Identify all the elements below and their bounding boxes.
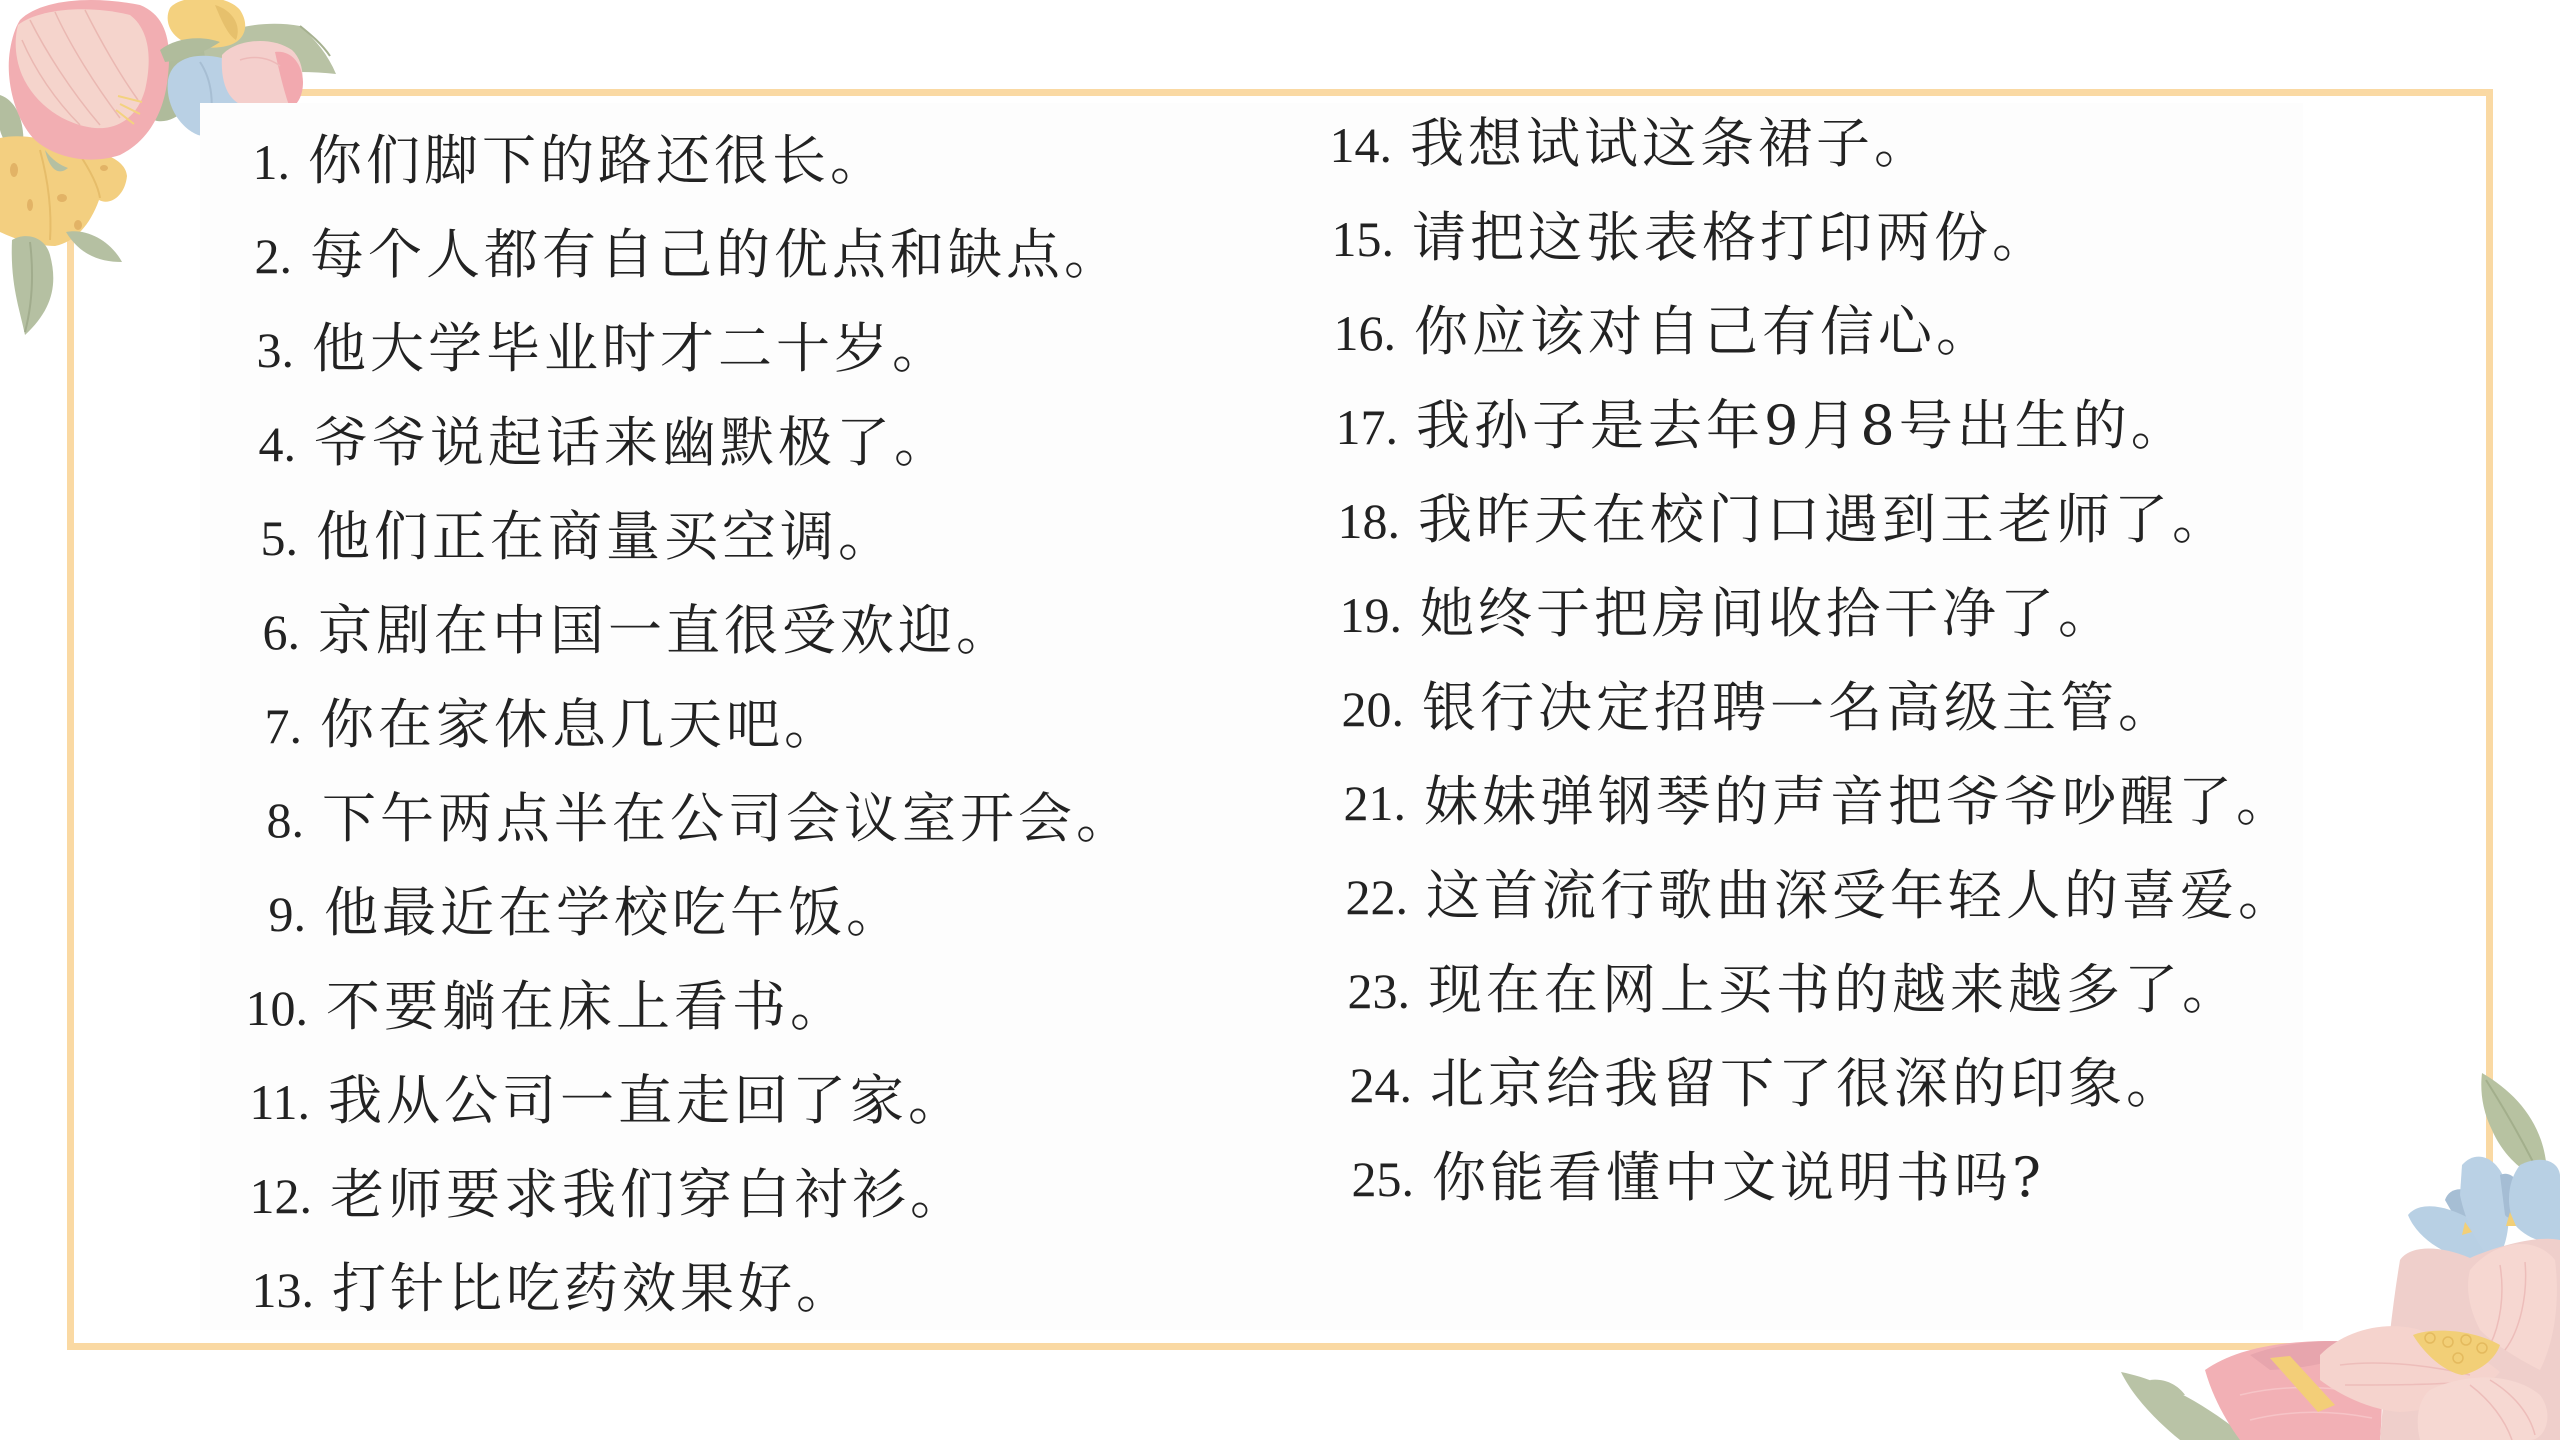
sentence-text: 你能看懂中文说明书吗? [1432, 1131, 2045, 1225]
sentence-number: 24. [1322, 1038, 1412, 1132]
sentence-item: 7.你在家休息几天吧。 [212, 678, 1132, 772]
sentence-text: 你应该对自己有信心。 [1414, 285, 1994, 379]
sentence-item: 19.她终于把房间收拾干净了。 [1312, 567, 2290, 661]
sentence-number: 19. [1312, 568, 1402, 662]
sentence-number: 20. [1314, 662, 1404, 756]
sentence-text: 他最近在学校吃午饭。 [324, 866, 904, 960]
sentence-text: 打针比吃药效果好。 [332, 1242, 854, 1336]
sentence-number: 2. [202, 209, 292, 303]
sentence-list-panel: 1.你们脚下的路还很长。 2.每个人都有自己的优点和缺点。 3.他大学毕业时才二… [200, 103, 2303, 1330]
sentence-number: 12. [222, 1149, 312, 1243]
sentence-number: 6. [210, 585, 300, 679]
sentence-number: 10. [218, 961, 308, 1055]
sentence-text: 每个人都有自己的优点和缺点。 [310, 208, 1122, 302]
sentence-text: 她终于把房间收拾干净了。 [1420, 567, 2116, 661]
sentence-item: 20.银行决定招聘一名高级主管。 [1314, 661, 2292, 755]
sentence-item: 17.我孙子是去年9月8号出生的。 [1308, 379, 2286, 473]
sentence-item: 5.他们正在商量买空调。 [208, 490, 1128, 584]
sentence-item: 3.他大学毕业时才二十岁。 [204, 302, 1124, 396]
sentence-text: 我孙子是去年9月8号出生的。 [1416, 379, 2189, 473]
sentence-item: 23.现在在网上买书的越来越多了。 [1320, 943, 2298, 1037]
sentence-item: 18.我昨天在校门口遇到王老师了。 [1310, 473, 2288, 567]
sentence-number: 8. [214, 773, 304, 867]
sentence-number: 9. [216, 867, 306, 961]
sentence-number: 11. [220, 1055, 310, 1149]
sentence-number: 3. [204, 303, 294, 397]
sentence-item: 12.老师要求我们穿白衬衫。 [222, 1148, 1142, 1242]
sentence-text: 爷爷说起话来幽默极了。 [314, 396, 952, 490]
sentence-number: 21. [1316, 756, 1406, 850]
flower-cluster-bottom-right-icon [2100, 1060, 2560, 1440]
sentence-text: 你们脚下的路还很长。 [308, 114, 888, 208]
sentence-text: 我想试试这条裙子。 [1410, 97, 1932, 191]
sentence-number: 1. [200, 115, 290, 209]
sentence-item: 2.每个人都有自己的优点和缺点。 [202, 208, 1122, 302]
sentence-number: 18. [1310, 474, 1400, 568]
sentence-text: 妹妹弹钢琴的声音把爷爷吵醒了。 [1424, 755, 2294, 849]
sentence-item: 1.你们脚下的路还很长。 [200, 114, 1120, 208]
sentence-item: 9.他最近在学校吃午饭。 [216, 866, 1136, 960]
sentence-item: 21.妹妹弹钢琴的声音把爷爷吵醒了。 [1316, 755, 2294, 849]
sentence-text: 现在在网上买书的越来越多了。 [1428, 943, 2240, 1037]
sentence-number: 23. [1320, 944, 1410, 1038]
sentence-text: 这首流行歌曲深受年轻人的喜爱。 [1426, 849, 2296, 943]
sentence-text: 银行决定招聘一名高级主管。 [1422, 661, 2176, 755]
sentence-item: 6.京剧在中国一直很受欢迎。 [210, 584, 1130, 678]
sentence-item: 22.这首流行歌曲深受年轻人的喜爱。 [1318, 849, 2296, 943]
sentence-item: 4.爷爷说起话来幽默极了。 [206, 396, 1126, 490]
sentence-text: 京剧在中国一直很受欢迎。 [318, 584, 1014, 678]
sentence-text: 请把这张表格打印两份。 [1412, 191, 2050, 285]
sentence-number: 17. [1308, 380, 1398, 474]
sentence-text: 我昨天在校门口遇到王老师了。 [1418, 473, 2230, 567]
sentence-item: 16.你应该对自己有信心。 [1306, 285, 2284, 379]
sentence-text: 不要躺在床上看书。 [326, 960, 848, 1054]
sentence-text: 北京给我留下了很深的印象。 [1430, 1037, 2184, 1131]
sentence-number: 25. [1324, 1132, 1414, 1226]
sentence-number: 16. [1306, 286, 1396, 380]
sentence-number: 22. [1318, 850, 1408, 944]
sentence-item: 10.不要躺在床上看书。 [218, 960, 1138, 1054]
sentence-item: 11.我从公司一直走回了家。 [220, 1054, 1140, 1148]
sentence-item: 13.打针比吃药效果好。 [224, 1242, 1144, 1336]
sentence-item: 15.请把这张表格打印两份。 [1304, 191, 2282, 285]
sentence-number: 4. [206, 397, 296, 491]
sentence-column-right: 14.我想试试这条裙子。 15.请把这张表格打印两份。 16.你应该对自己有信心… [1302, 97, 2280, 1225]
sentence-text: 你在家休息几天吧。 [320, 678, 842, 772]
sentence-number: 5. [208, 491, 298, 585]
sentence-number: 13. [224, 1243, 314, 1337]
sentence-number: 14. [1302, 98, 1392, 192]
sentence-text: 老师要求我们穿白衬衫。 [330, 1148, 968, 1242]
sentence-text: 他大学毕业时才二十岁。 [312, 302, 950, 396]
sentence-item: 14.我想试试这条裙子。 [1302, 97, 2280, 191]
sentence-number: 7. [212, 679, 302, 773]
sentence-text: 下午两点半在公司会议室开会。 [322, 772, 1134, 866]
sentence-text: 我从公司一直走回了家。 [328, 1054, 966, 1148]
sentence-item: 8.下午两点半在公司会议室开会。 [214, 772, 1134, 866]
sentence-text: 他们正在商量买空调。 [316, 490, 896, 584]
sentence-number: 15. [1304, 192, 1394, 286]
sentence-column-left: 1.你们脚下的路还很长。 2.每个人都有自己的优点和缺点。 3.他大学毕业时才二… [200, 114, 1120, 1336]
